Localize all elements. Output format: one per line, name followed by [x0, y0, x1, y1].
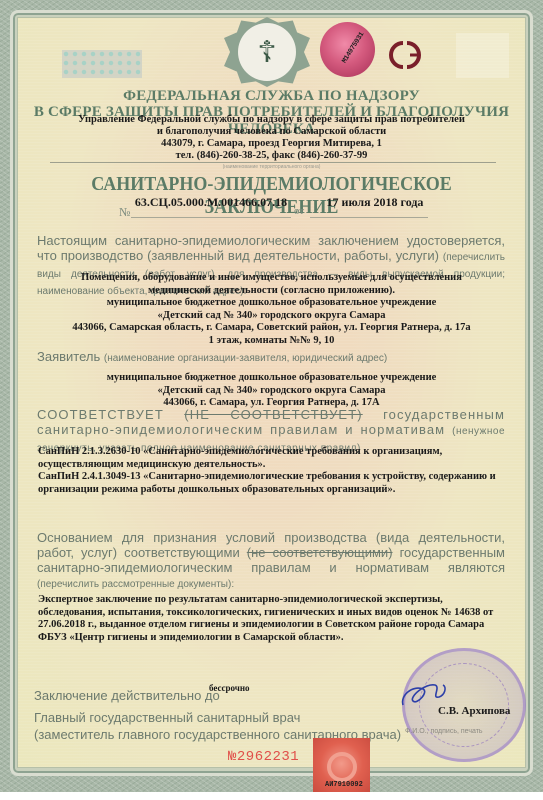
- hologram-sticker-top: M14975931: [320, 22, 375, 77]
- activity-line: медицинской деятельности (согласно прило…: [40, 285, 503, 298]
- number-label: №: [119, 205, 130, 220]
- signatory-title-line1: Главный государственный санитарный врач: [34, 709, 401, 726]
- activity-line: 443066, Самарская область, г. Самара, Со…: [40, 322, 503, 335]
- not-complies-struck: (НЕ СООТВЕТСТВУЕТ): [184, 407, 362, 422]
- sanitary-rules: СанПиН 2.1.3.2630-10 «Санитарно-эпидемио…: [38, 446, 503, 496]
- applicant-line: «Детский сад № 340» городского округа Са…: [40, 385, 503, 398]
- agency-title-line1: ФЕДЕРАЛЬНАЯ СЛУЖБА ПО НАДЗОРУ: [0, 88, 543, 105]
- rule-item: СанПиН 2.4.1.3049-13 «Санитарно-эпидемио…: [38, 471, 503, 496]
- territorial-body: Управление Федеральной службы по надзору…: [0, 114, 543, 162]
- hologram-serial: M14975931: [341, 31, 366, 65]
- activity-line: Помещения, оборудование и иное имущество…: [40, 272, 503, 285]
- validity-value: бессрочно: [209, 683, 250, 693]
- microprint-pattern: [62, 50, 142, 78]
- territorial-body-line: 443079, г. Самара, проезд Георгия Митире…: [0, 138, 543, 150]
- divider: [50, 162, 496, 163]
- activity-description: Помещения, оборудование и иное имущество…: [40, 272, 503, 347]
- applicant-label-text: Заявитель: [37, 349, 100, 364]
- activity-line: 1 этаж, комнаты №№ 9, 10: [40, 335, 503, 348]
- form-number: №2962231: [228, 749, 299, 765]
- document-number-row: № 63.СЦ.05.000.М.001466.07.18 от 17 июля…: [0, 195, 543, 219]
- activity-line: муниципальное бюджетное дошкольное образ…: [40, 297, 503, 310]
- basis-documents: Экспертное заключение по результатам сан…: [38, 594, 503, 644]
- applicant-line: муниципальное бюджетное дошкольное образ…: [40, 372, 503, 385]
- territorial-body-line: Управление Федеральной службы по надзору…: [0, 114, 543, 126]
- hologram-sticker-bottom: АИ7910092: [313, 738, 370, 795]
- signatory-name: С.В. Архипова: [438, 705, 510, 717]
- signature-caption: Ф.И.О., подпись, печать: [405, 728, 483, 735]
- basis-struck: (не соответствующими): [247, 545, 393, 560]
- territorial-body-line: и благополучия человека по Самарской обл…: [0, 126, 543, 138]
- activity-line: «Детский сад № 340» городского округа Са…: [40, 310, 503, 323]
- rule-item: СанПиН 2.1.3.2630-10 «Санитарно-эпидемио…: [38, 446, 503, 471]
- intro-main-text: Настоящим санитарно-эпидемиологическим з…: [37, 233, 505, 263]
- scan-bottom-edge: [0, 792, 543, 800]
- number-underline: [131, 217, 291, 218]
- applicant-details: муниципальное бюджетное дошкольное образ…: [40, 372, 503, 410]
- emblem: ☦: [222, 16, 312, 88]
- double-headed-eagle-icon: ☦: [238, 23, 296, 81]
- applicant-hint: (наименование организации-заявителя, юри…: [104, 353, 387, 364]
- se-logo-icon: [383, 38, 433, 72]
- document-date: 17 июля 2018 года: [310, 195, 440, 210]
- date-label: от: [294, 205, 304, 217]
- applicant-label: Заявитель (наименование организации-заяв…: [37, 349, 387, 364]
- document-number: 63.СЦ.05.000.М.001466.07.18: [131, 195, 291, 210]
- territorial-body-caption: (наименование территориального органа): [0, 164, 543, 170]
- complies-text: СООТВЕТСТВУЕТ: [37, 407, 164, 422]
- date-underline: [310, 217, 428, 218]
- seal-area: [456, 33, 509, 78]
- territorial-body-line: тел. (846)-260-38-25, факс (846)-260-37-…: [0, 150, 543, 162]
- hologram-bottom-serial: АИ7910092: [325, 781, 363, 789]
- validity-label: Заключение действительно до: [34, 688, 220, 703]
- basis-hint: (перечислить рассмотренные документы):: [37, 579, 234, 590]
- basis-statement: Основанием для признания условий произво…: [37, 530, 505, 592]
